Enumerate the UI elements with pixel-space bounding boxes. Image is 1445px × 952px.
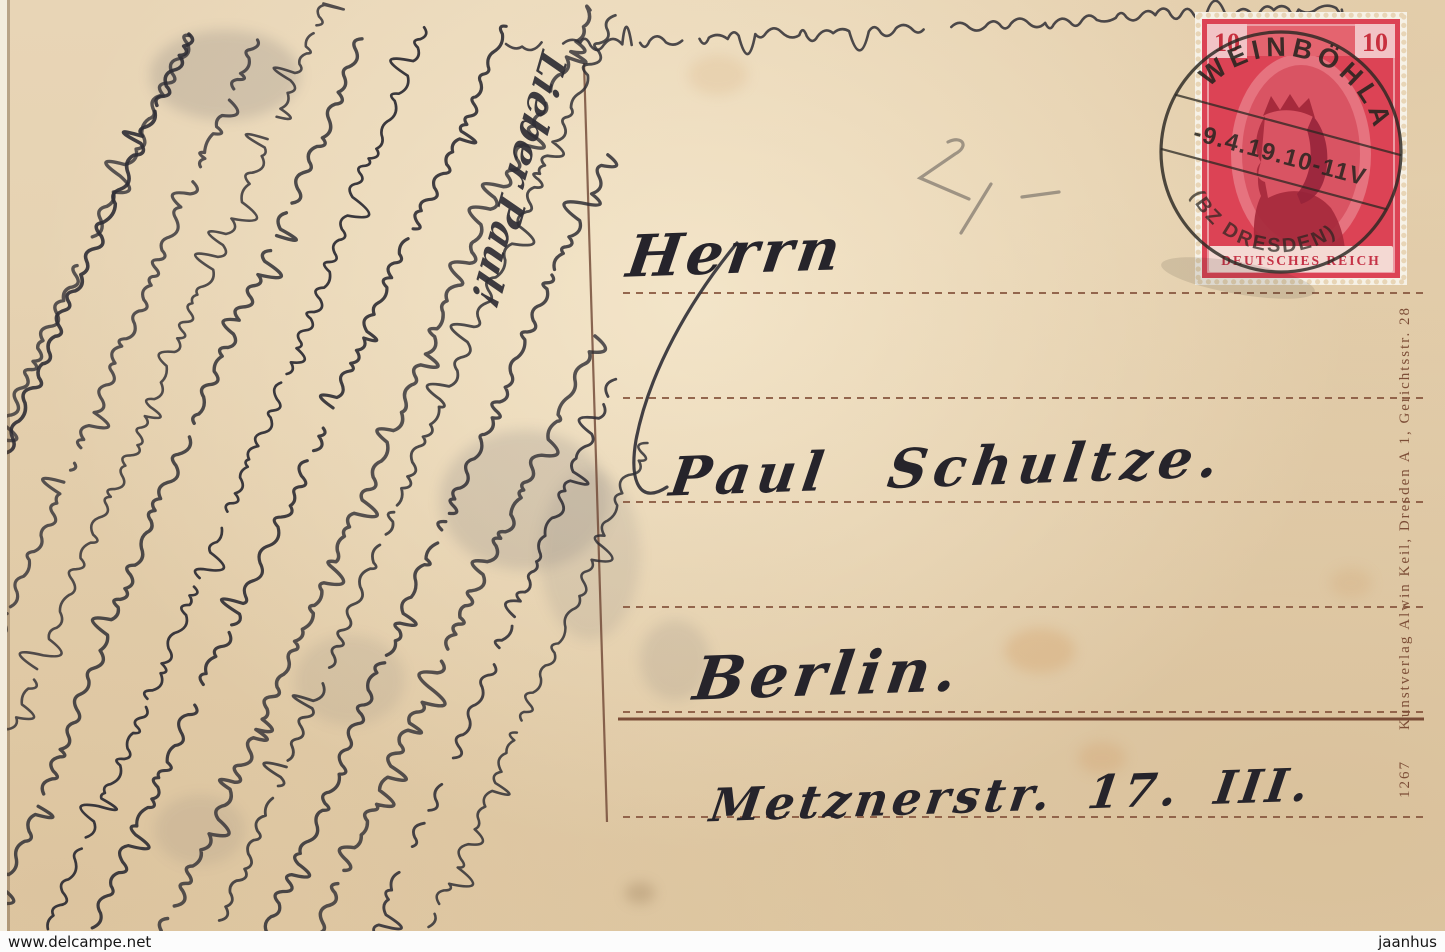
message-line: [257, 155, 617, 931]
address-salutation: Herrn: [623, 220, 847, 285]
address-city: Berlin.: [690, 640, 966, 709]
address-ruled-lines: [618, 293, 1424, 817]
watermark-bar: www.delcampe.net jaanhus: [0, 931, 1445, 952]
publisher-imprint: 1267Kunstverlag Alwin Keil, Dresden A 1,…: [1397, 306, 1414, 798]
divider-line: [584, 63, 607, 822]
message-line: [92, 26, 506, 928]
message-line: [0, 34, 193, 930]
message-line: [219, 15, 615, 920]
message-line: [317, 336, 605, 931]
message-line: [0, 4, 344, 932]
watermark-right: jaanhus: [1378, 933, 1437, 951]
postcard-scan: Lieber Paul! Herrn Paul Schultze. Berlin…: [0, 0, 1445, 952]
stamp-country: DEUTSCHES REICH: [1221, 253, 1380, 268]
card-edge-shadow: [7, 0, 10, 931]
stamp-value-left: 10: [1214, 28, 1240, 57]
publisher-number: 1267: [1397, 760, 1413, 798]
publisher-text: Kunstverlag Alwin Keil, Dresden A 1, Ger…: [1397, 306, 1413, 730]
stamp-value-right: 10: [1362, 28, 1388, 57]
message-line: [0, 35, 189, 931]
message-line: [373, 379, 616, 931]
scan-edge: [0, 0, 7, 931]
postcard-back: Lieber Paul! Herrn Paul Schultze. Berlin…: [0, 0, 1445, 933]
message-line: [0, 39, 362, 931]
watermark-left: www.delcampe.net: [8, 933, 151, 951]
postage-stamp: 10 10 DEUTSCHES REICH: [1195, 12, 1407, 285]
message-line: [40, 27, 426, 931]
message-line: [429, 443, 648, 927]
